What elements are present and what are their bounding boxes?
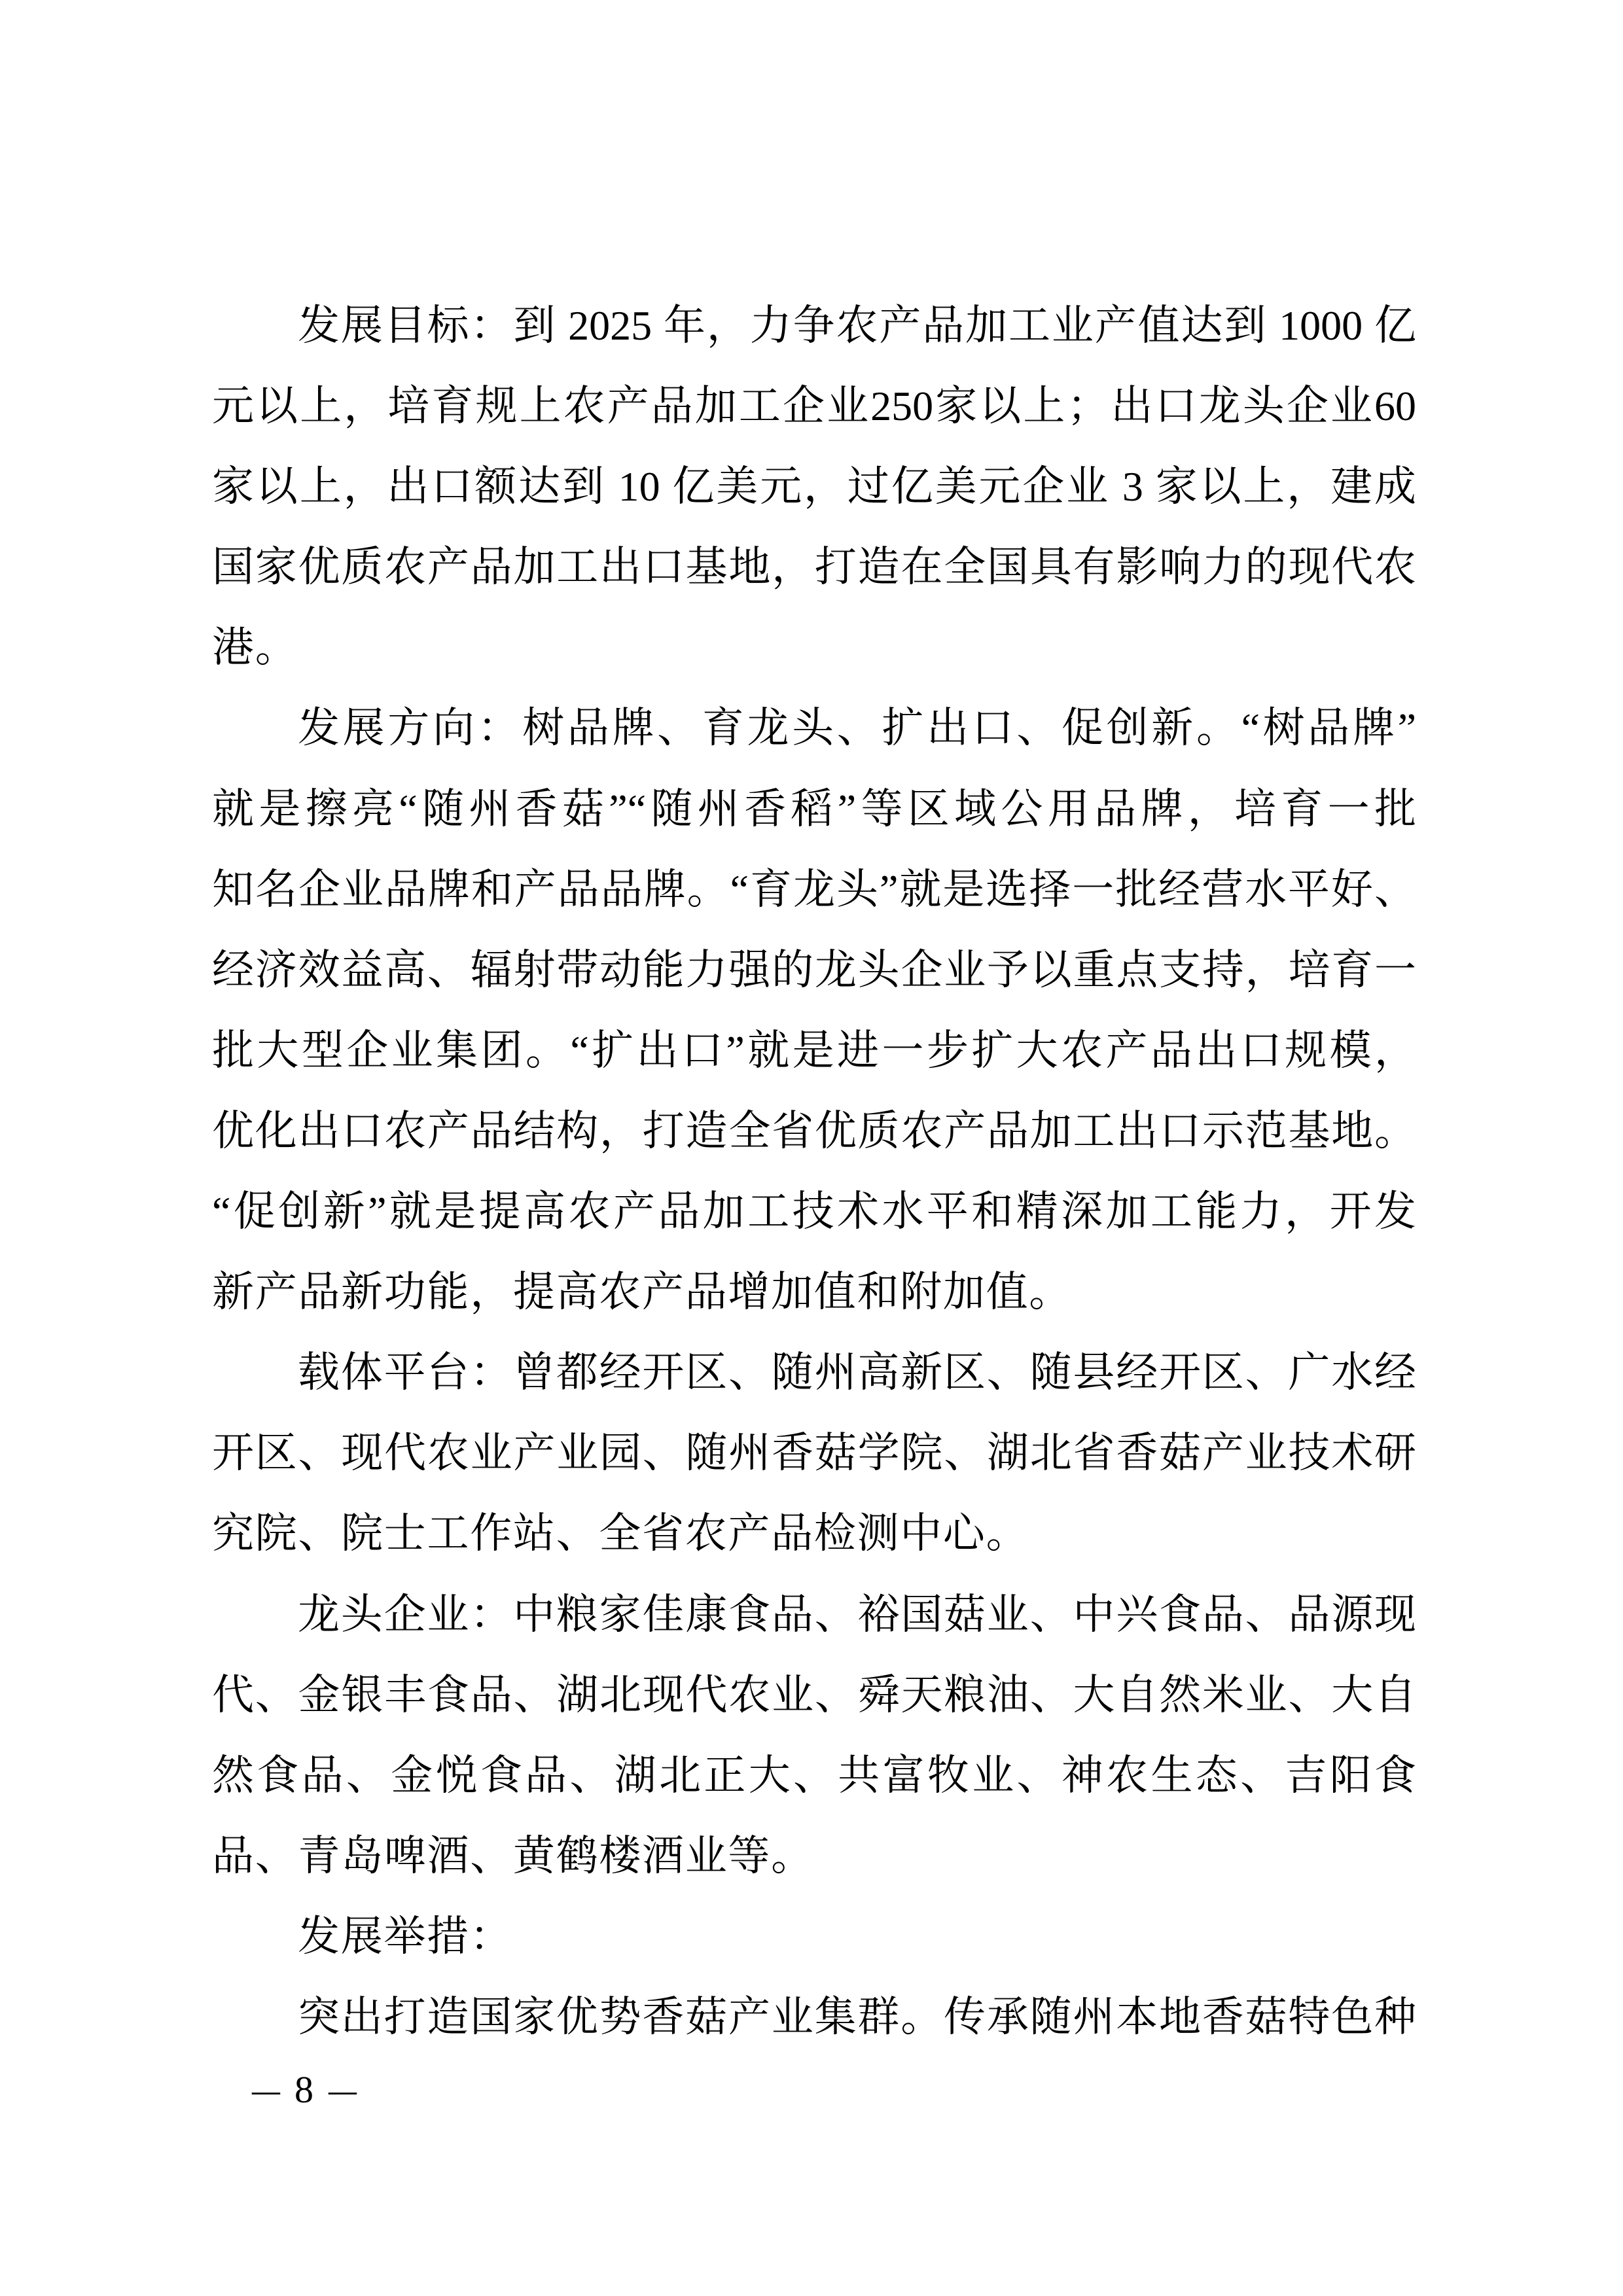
paragraph-carrier-platforms: 载体平台：曾都经开区、随州高新区、随县经开区、广水经 开区、现代农业产业园、随州… xyxy=(212,1332,1416,1574)
paragraph-shiitake-cluster: 突出打造国家优势香菇产业集群。传承随州本地香菇特色种 xyxy=(212,1977,1416,2057)
body-line: 元以上，培育规上农产品加工企业250家以上；出口龙头企业60 xyxy=(212,366,1416,446)
body-line: 载体平台：曾都经开区、随州高新区、随县经开区、广水经 xyxy=(212,1332,1416,1413)
page-number: 8 xyxy=(294,2071,313,2109)
paragraph-development-direction: 发展方向：树品牌、育龙头、扩出口、促创新。“树品牌” 就是擦亮“随州香菇”“随州… xyxy=(212,688,1416,1332)
body-line: 就是擦亮“随州香菇”“随州香稻”等区域公用品牌，培育一批 xyxy=(212,769,1416,849)
body-line: 家以上，出口额达到 10 亿美元，过亿美元企业 3 家以上，建成 xyxy=(212,446,1416,527)
page-footer: — 8 — xyxy=(0,2071,458,2110)
page-number-dash-right: — xyxy=(329,2071,357,2109)
body-line: 突出打造国家优势香菇产业集群。传承随州本地香菇特色种 xyxy=(212,1977,1416,2057)
body-line: 究院、院士工作站、全省农产品检测中心。 xyxy=(212,1493,1416,1574)
document-page: 发展目标：到 2025 年，力争农产品加工业产值达到 1000 亿 元以上，培育… xyxy=(0,0,1623,2296)
body-line: 经济效益高、辐射带动能力强的龙头企业予以重点支持，培育一 xyxy=(212,930,1416,1010)
page-number-dash-left: — xyxy=(252,2071,280,2109)
body-line: “促创新”就是提高农产品加工技术水平和精深加工能力，开发 xyxy=(212,1171,1416,1252)
body-line: 龙头企业：中粮家佳康食品、裕国菇业、中兴食品、品源现 xyxy=(212,1574,1416,1655)
body-line: 知名企业品牌和产品品牌。“育龙头”就是选择一批经营水平好、 xyxy=(212,849,1416,930)
body-line: 新产品新功能，提高农产品增加值和附加值。 xyxy=(212,1252,1416,1332)
body-line: 发展目标：到 2025 年，力争农产品加工业产值达到 1000 亿 xyxy=(212,285,1416,366)
body-line: 然食品、金悦食品、湖北正大、共富牧业、神农生态、吉阳食 xyxy=(212,1735,1416,1816)
paragraph-development-measures: 发展举措： xyxy=(212,1896,1416,1977)
body-line: 批大型企业集团。“扩出口”就是进一步扩大农产品出口规模， xyxy=(212,1010,1416,1091)
body-line: 发展举措： xyxy=(212,1896,1416,1977)
body-line: 国家优质农产品加工出口基地，打造在全国具有影响力的现代农 xyxy=(212,527,1416,607)
body-line: 品、青岛啤酒、黄鹤楼酒业等。 xyxy=(212,1816,1416,1896)
body-line: 发展方向：树品牌、育龙头、扩出口、促创新。“树品牌” xyxy=(212,688,1416,768)
body-line: 开区、现代农业产业园、随州香菇学院、湖北省香菇产业技术研 xyxy=(212,1413,1416,1493)
body-line: 优化出口农产品结构，打造全省优质农产品加工出口示范基地。 xyxy=(212,1091,1416,1171)
body-line: 代、金银丰食品、湖北现代农业、舜天粮油、大自然米业、大自 xyxy=(212,1655,1416,1735)
document-body: 发展目标：到 2025 年，力争农产品加工业产值达到 1000 亿 元以上，培育… xyxy=(212,285,1416,2057)
paragraph-development-goals: 发展目标：到 2025 年，力争农产品加工业产值达到 1000 亿 元以上，培育… xyxy=(212,285,1416,688)
paragraph-leading-enterprises: 龙头企业：中粮家佳康食品、裕国菇业、中兴食品、品源现 代、金银丰食品、湖北现代农… xyxy=(212,1574,1416,1896)
body-line: 港。 xyxy=(212,607,1416,688)
